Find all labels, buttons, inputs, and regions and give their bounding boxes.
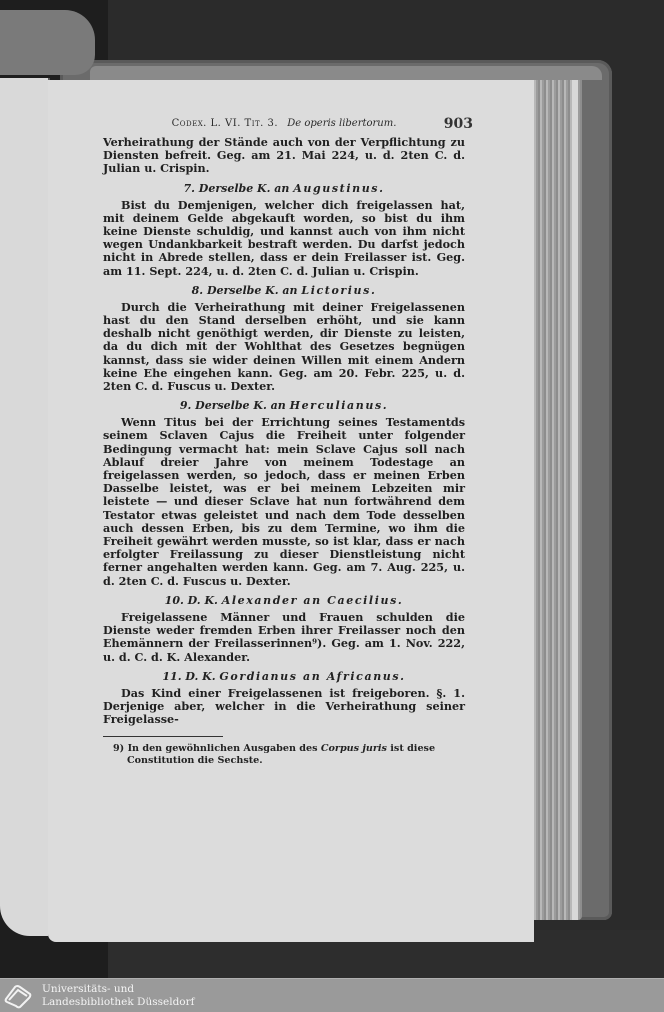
heading-number: 7. (183, 182, 194, 195)
section-heading-8: 8. Derselbe K. an Lictorius. (103, 284, 465, 297)
left-page-edge (0, 78, 50, 936)
footnote-line-2: Constitution die Sechste. (113, 755, 465, 767)
footnote-text-after: ist diese (390, 743, 435, 754)
heading-number: 10. (165, 594, 184, 607)
footnote: 9) In den gewöhnlichen Ausgaben des Corp… (103, 743, 465, 766)
section-body-10: Freigelassene Männer und Frauen schulden… (103, 611, 465, 664)
page-text-block: Codex. L. VI. Tit. 3. De operis libertor… (103, 118, 465, 766)
heading-main: D. K. (188, 594, 218, 607)
heading-number: 9. (180, 399, 191, 412)
heading-number: 11. (162, 670, 181, 683)
running-head-codex: Codex. L. VI. Tit. 3. (172, 118, 278, 129)
section-body-11: Das Kind einer Freigelassenen ist freige… (103, 687, 465, 727)
book-cover-corner (0, 10, 95, 75)
heading-main: Derselbe K. an (195, 399, 286, 412)
heading-main: Derselbe K. an (199, 182, 290, 195)
page-edges-stack (532, 80, 582, 920)
footnote-italic: Corpus juris (321, 743, 387, 754)
section-heading-7: 7. Derselbe K. an Augustinus. (103, 182, 465, 195)
library-name-line-1: Universitäts- und (42, 983, 195, 996)
heading-number: 8. (192, 284, 203, 297)
footnote-marker: 9) (113, 743, 124, 754)
heading-name: Gordianus an Africanus. (219, 670, 405, 683)
page-edge-highlight (572, 80, 578, 920)
heading-name: Lictorius. (301, 284, 376, 297)
running-head: Codex. L. VI. Tit. 3. De operis libertor… (103, 118, 465, 136)
section-heading-9: 9. Derselbe K. an Herculianus. (103, 399, 465, 412)
running-head-title: De operis libertorum. (287, 118, 396, 129)
footnote-text: In den gewöhnlichen Ausgaben des (128, 743, 318, 754)
book-top-edge (90, 66, 602, 80)
section-heading-11: 11. D. K. Gordianus an Africanus. (103, 670, 465, 683)
heading-name: Alexander an Caecilius. (222, 594, 404, 607)
library-name-line-2: Landesbibliothek Düsseldorf (42, 996, 195, 1009)
book-page: Codex. L. VI. Tit. 3. De operis libertor… (48, 80, 534, 942)
heading-main: D. K. (185, 670, 215, 683)
heading-name: Augustinus. (293, 182, 384, 195)
footnote-rule (103, 736, 223, 737)
section-heading-10: 10. D. K. Alexander an Caecilius. (103, 594, 465, 607)
library-footer-bar: Universitäts- und Landesbibliothek Düsse… (0, 978, 664, 1012)
book-logo-icon (3, 983, 33, 1009)
section-body-9: Wenn Titus bei der Errichtung seines Tes… (103, 416, 465, 588)
library-name: Universitäts- und Landesbibliothek Düsse… (42, 983, 195, 1009)
heading-name: Herculianus. (290, 399, 389, 412)
continuation-paragraph: Verheirathung der Stände auch von der Ve… (103, 136, 465, 176)
page-number: 903 (444, 116, 473, 132)
section-body-8: Durch die Verheirathung mit deiner Freig… (103, 301, 465, 393)
section-body-7: Bist du Demjenigen, welcher dich freigel… (103, 199, 465, 278)
scan-viewer: Codex. L. VI. Tit. 3. De operis libertor… (0, 0, 664, 978)
heading-main: Derselbe K. an (207, 284, 298, 297)
